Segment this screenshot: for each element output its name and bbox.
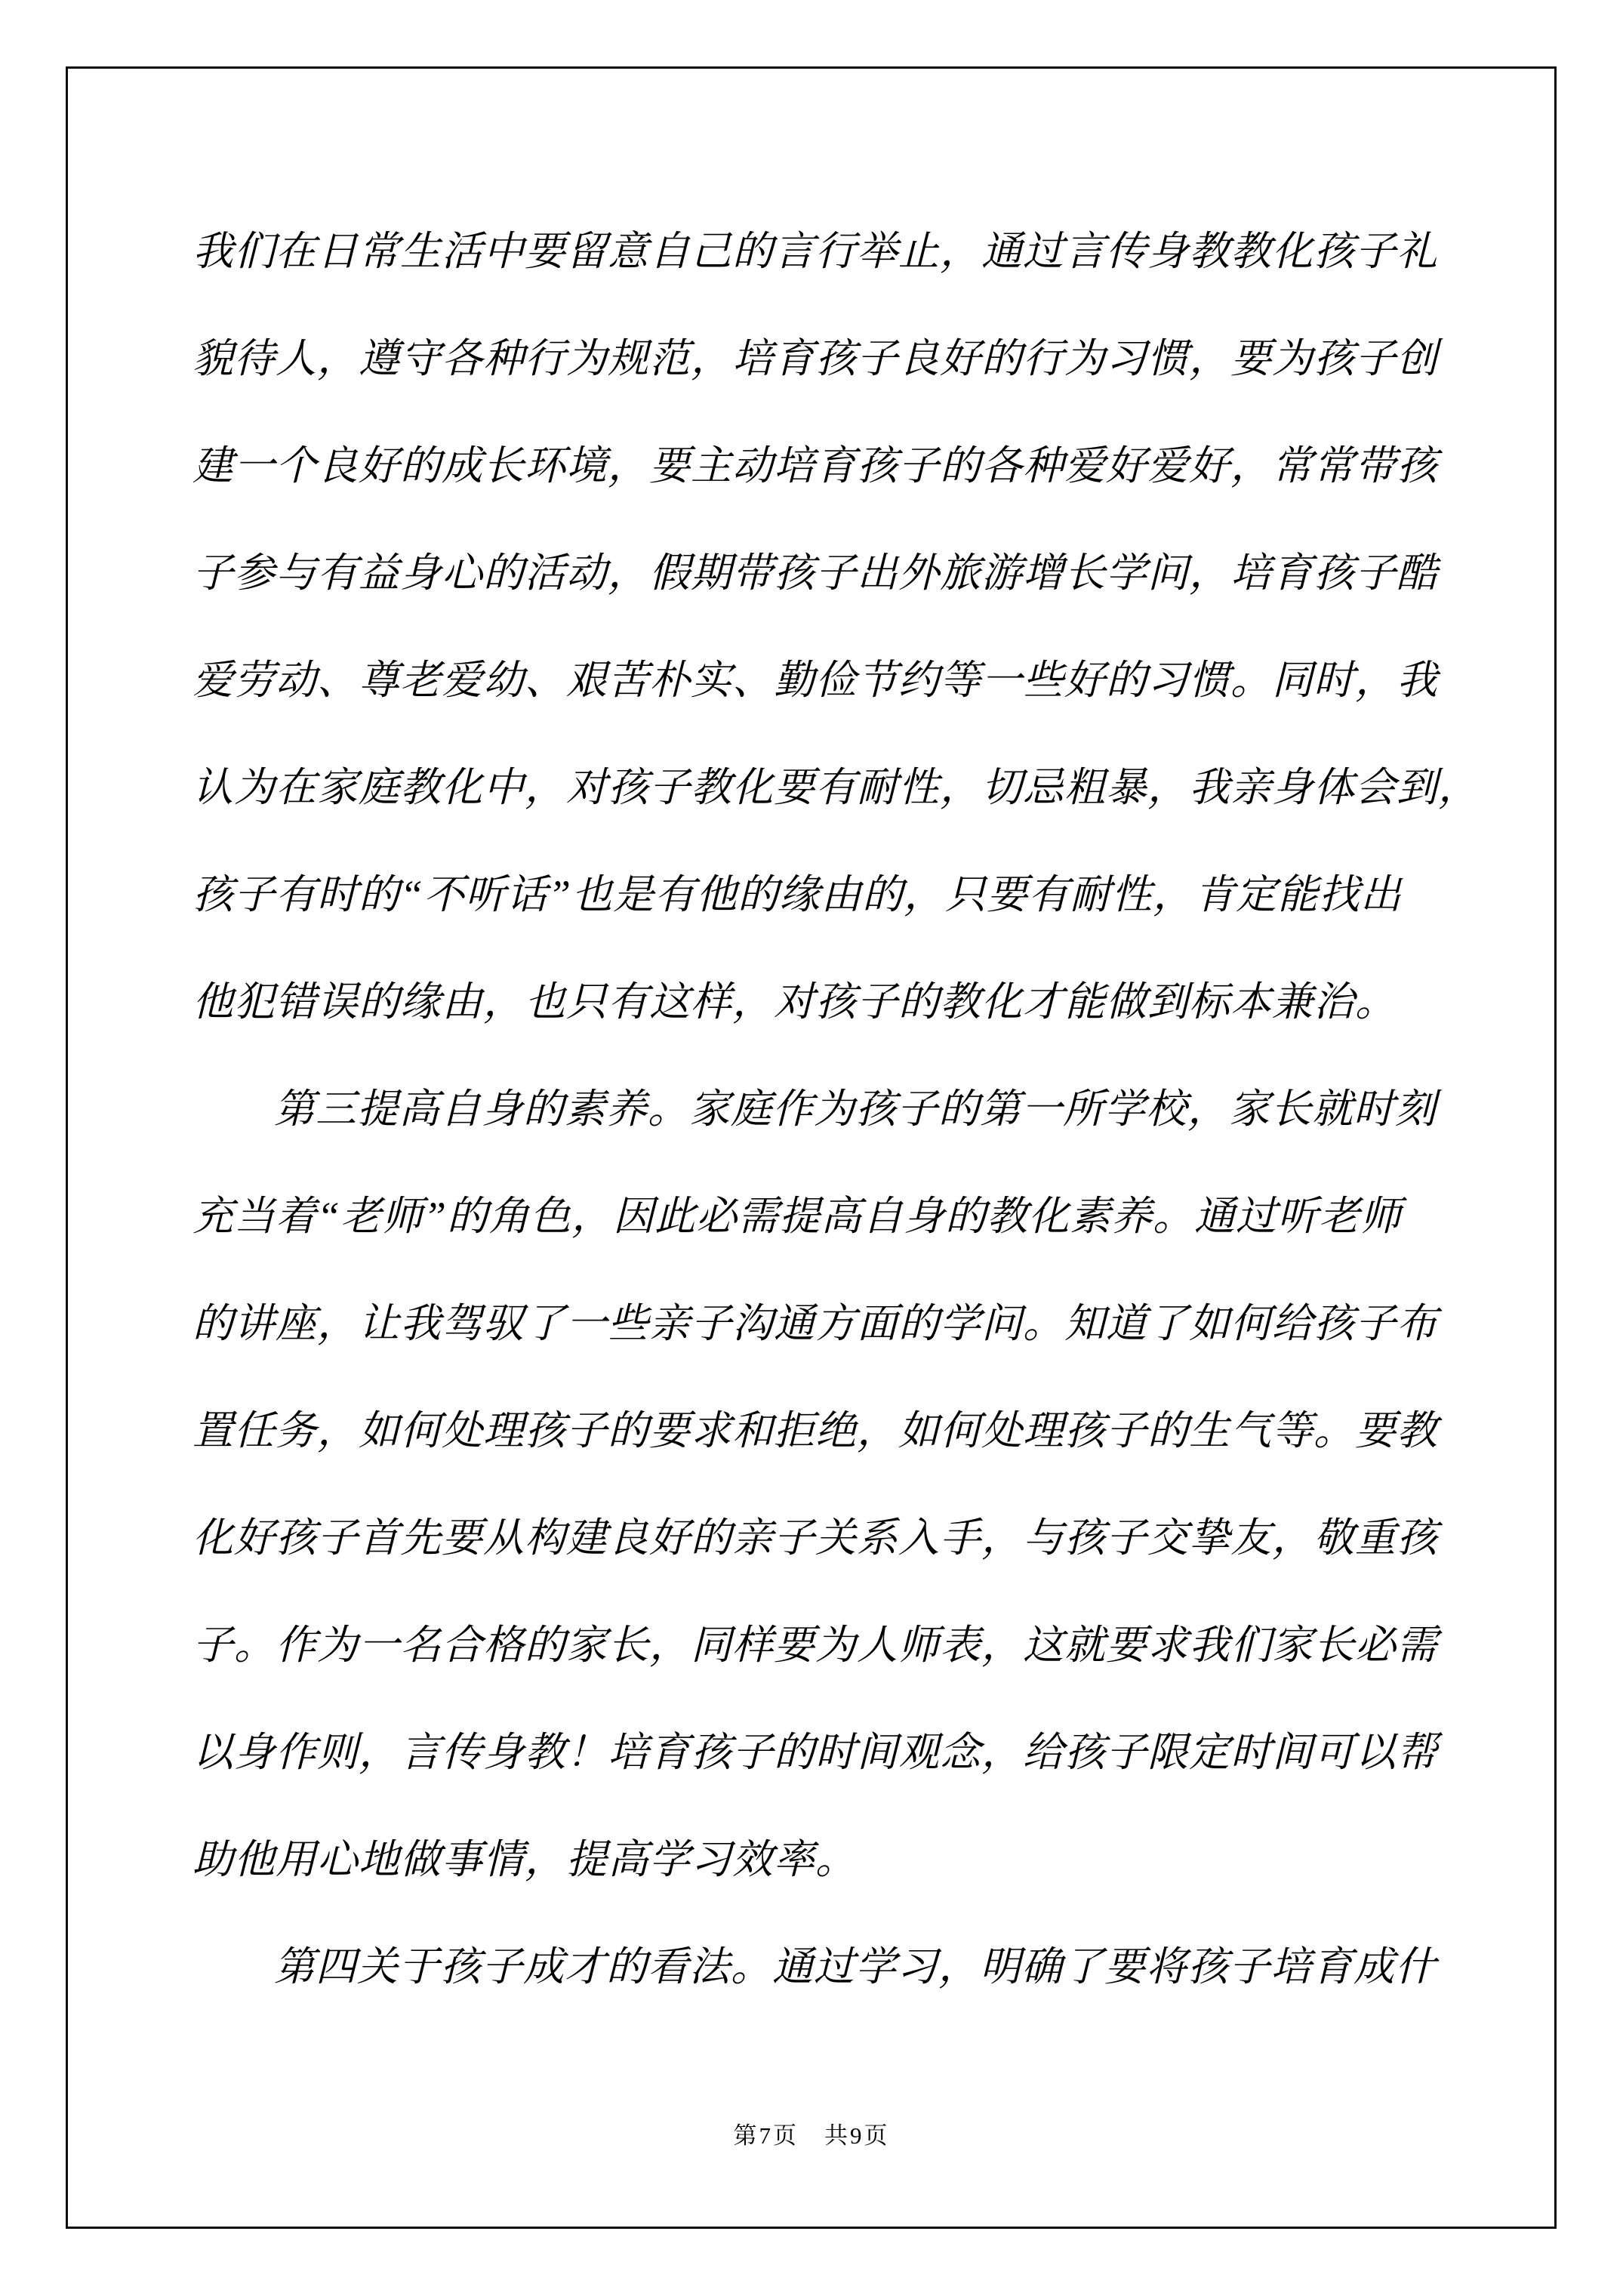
text-line: 他犯错误的缘由，也只有这样，对孩子的教化才能做到标本兼治。 (192, 948, 1427, 1056)
text-line: 第四关于孩子成才的看法。通过学习，明确了要将孩子培育成什 (192, 1913, 1427, 2020)
text-line: 第三提高自身的素养。家庭作为孩子的第一所学校，家长就时刻 (192, 1056, 1427, 1163)
text-line: 建一个良好的成长环境，要主动培育孩子的各种爱好爱好，常常带孩 (192, 412, 1427, 519)
text-line: 充当着“老师”的角色，因此必需提高自身的教化素养。通过听老师 (192, 1163, 1427, 1270)
text-line: 以身作则，言传身教！培育孩子的时间观念，给孩子限定时间可以帮 (192, 1699, 1427, 1806)
page-footer: 第7页 共9页 (0, 2119, 1623, 2153)
text-line: 置任务，如何处理孩子的要求和拒绝，如何处理孩子的生气等。要教 (192, 1377, 1427, 1484)
text-line: 貌待人，遵守各种行为规范，培育孩子良好的行为习惯，要为孩子创 (192, 305, 1427, 412)
text-line: 助他用心地做事情，提高学习效率。 (192, 1806, 1427, 1913)
text-line: 子。作为一名合格的家长，同样要为人师表，这就要求我们家长必需 (192, 1592, 1427, 1699)
document-page: 我们在日常生活中要留意自己的言行举止，通过言传身教教化孩子礼貌待人，遵守各种行为… (0, 0, 1623, 2296)
text-line: 孩子有时的“不听话”也是有他的缘由的，只要有耐性，肯定能找出 (192, 841, 1427, 948)
text-line: 爱劳动、尊老爱幼、艰苦朴实、勤俭节约等一些好的习惯。同时，我 (192, 627, 1427, 734)
text-line: 子参与有益身心的活动，假期带孩子出外旅游增长学问，培育孩子酷 (192, 519, 1427, 627)
text-line: 认为在家庭教化中，对孩子教化要有耐性，切忌粗暴，我亲身体会到， (192, 734, 1427, 841)
body-text: 我们在日常生活中要留意自己的言行举止，通过言传身教教化孩子礼貌待人，遵守各种行为… (192, 198, 1427, 2020)
page-number: 第7页 共9页 (734, 2122, 890, 2149)
text-line: 化好孩子首先要从构建良好的亲子关系入手，与孩子交挚友，敬重孩 (192, 1484, 1427, 1592)
text-line: 的讲座，让我驾驭了一些亲子沟通方面的学问。知道了如何给孩子布 (192, 1270, 1427, 1377)
text-line: 我们在日常生活中要留意自己的言行举止，通过言传身教教化孩子礼 (192, 198, 1427, 305)
